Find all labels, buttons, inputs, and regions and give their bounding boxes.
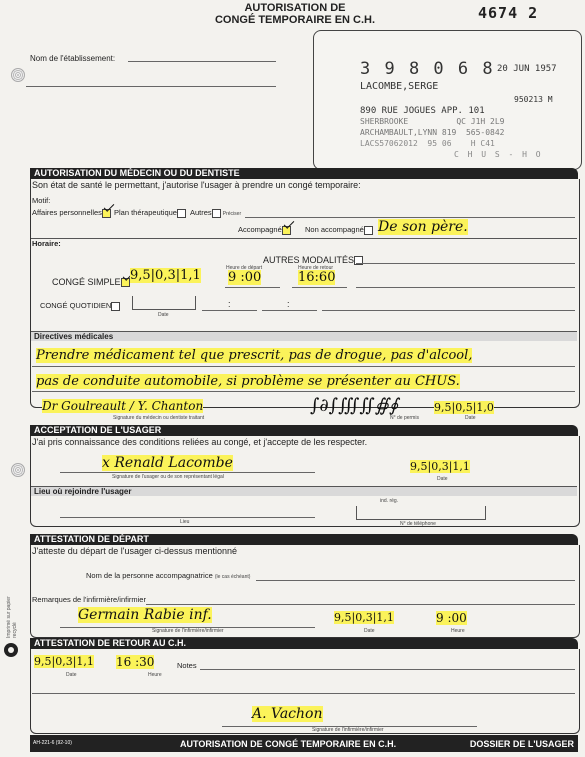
acceptance-date-label: Date — [437, 476, 448, 482]
option-personal-affairs[interactable]: Affaires personnelles — [32, 208, 111, 218]
recycle-icon — [4, 643, 18, 657]
daily-leave-option[interactable]: CONGÉ QUOTIDIEN — [40, 301, 120, 311]
option-label: AUTRES MODALITÉS — [263, 255, 354, 265]
address-line-2: SHERBROOKE QC J1H 2L9 — [360, 117, 505, 126]
patient-code: 950213 M — [514, 95, 553, 104]
option-label: CONGÉ QUOTIDIEN — [40, 301, 111, 310]
departure-time-label: Heure — [451, 628, 465, 634]
phone-field[interactable] — [356, 506, 486, 520]
preciser-label: Préciser — [223, 211, 241, 217]
lieu-label: Lieu — [180, 519, 189, 525]
phone-label: N° de téléphone — [400, 521, 436, 527]
physician-section-heading: AUTORISATION DU MÉDECIN OU DU DENTISTE — [30, 168, 578, 179]
companion-field[interactable] — [256, 580, 575, 581]
nurse-return-signature[interactable]: A. Vachon — [252, 706, 323, 722]
recycled-note: Imprimé sur papier recyclé — [6, 590, 16, 638]
acceptance-statement: J'ai pris connaissance des conditions re… — [32, 437, 367, 447]
departure-section — [30, 545, 580, 638]
departure-time[interactable]: 9 :00 — [436, 611, 467, 625]
companion-label-text: Nom de la personne accompagnatrice — [86, 571, 213, 580]
punch-hole-icon — [11, 463, 25, 477]
daily-leave-date[interactable] — [132, 296, 196, 310]
notes-field[interactable] — [200, 669, 575, 670]
checkbox-daily-leave[interactable] — [111, 302, 120, 311]
option-label: CONGÉ SIMPLE — [52, 277, 121, 287]
physician-name[interactable]: Dr Goulreault / Y. Chanton — [42, 399, 203, 413]
daily-date-label: Date — [158, 312, 169, 318]
return-time[interactable]: 16 :30 — [116, 655, 154, 669]
directives-line-2[interactable]: pas de conduite automobile, si problème … — [36, 374, 460, 389]
title-line-2: CONGÉ TEMPORAIRE EN C.H. — [150, 14, 440, 26]
checkbox-simple-leave[interactable] — [121, 278, 130, 287]
directives-label: Directives médicales — [31, 331, 577, 341]
simple-leave-return[interactable]: 16:60 — [298, 270, 335, 285]
time-separator: : — [287, 299, 290, 309]
checkbox-accompanied[interactable] — [282, 226, 291, 235]
checkbox-not-accompanied[interactable] — [364, 226, 373, 235]
physician-date-label: Date — [465, 415, 476, 421]
checkbox-therapeutic-plan[interactable] — [177, 209, 186, 218]
document-number: 4674 2 — [478, 4, 538, 22]
option-therapeutic-plan[interactable]: Plan thérapeutique — [114, 208, 186, 218]
daily-leave-depart[interactable] — [202, 310, 257, 311]
checkbox-other[interactable] — [212, 209, 221, 218]
option-other[interactable]: Autres Préciser — [190, 208, 241, 218]
notes-label: Notes — [177, 661, 197, 670]
option-label: Non accompagné — [305, 225, 364, 234]
daily-leave-return[interactable] — [262, 310, 317, 311]
acceptance-section — [30, 436, 580, 527]
notes-field-line2[interactable] — [32, 693, 575, 694]
patient-name: LACOMBE,SERGE — [360, 81, 438, 92]
permit-label: N° de permis — [390, 415, 419, 421]
remarks-label: Remarques de l'infirmière/infirmier — [32, 595, 146, 604]
time-separator: : — [228, 299, 231, 309]
simple-leave-option[interactable]: CONGÉ SIMPLE — [52, 277, 130, 287]
return-date[interactable]: 9,5|0,3|1,1 — [34, 655, 94, 668]
daily-leave-notes[interactable] — [322, 310, 575, 311]
insurance-line: LACS57062012 95 06 H C41 — [360, 139, 495, 148]
form-title: AUTORISATION DE CONGÉ TEMPORAIRE EN C.H. — [150, 2, 440, 26]
simple-leave-date[interactable]: 9,5|0,3|1,1 — [130, 268, 201, 283]
departure-section-heading: ATTESTATION DE DÉPART — [30, 534, 578, 545]
option-other-modalities[interactable]: AUTRES MODALITÉS — [263, 255, 363, 265]
simple-leave-notes[interactable] — [356, 287, 575, 288]
hospital-line: C H U S - H O — [454, 150, 543, 159]
option-accompanied[interactable]: Accompagné — [238, 225, 291, 235]
departure-statement: J'atteste du départ de l'usager ci-dessu… — [32, 546, 237, 556]
footer-copy-label: DOSSIER DE L'USAGER — [470, 739, 574, 749]
patient-sig-label: Signature de l'usager ou de son représen… — [112, 474, 224, 480]
birth-date: 20 JUN 1957 — [497, 64, 557, 74]
physician-signature: ∫∂∫∭∬∯∮ — [310, 395, 398, 416]
preciser-field[interactable] — [245, 217, 575, 218]
acceptance-date[interactable]: 9,5|0,3|1,1 — [410, 460, 470, 473]
checkbox-personal-affairs[interactable] — [102, 209, 111, 218]
footer-band: AH-221-6 (92-10) AUTORISATION DE CONGÉ T… — [30, 735, 578, 752]
option-label: Accompagné — [238, 225, 282, 234]
ind-reg-label: ind. rég. — [380, 498, 398, 504]
establishment-field[interactable] — [128, 61, 276, 62]
companion-hint: (le cas échéant) — [215, 574, 251, 580]
simple-leave-depart[interactable]: 9 :00 — [228, 270, 261, 285]
remarks-field[interactable] — [146, 604, 575, 605]
motif-label: Motif: — [32, 196, 50, 205]
departure-date-label: Date — [364, 628, 375, 634]
patient-id-card: 3 9 8 0 6 8 20 JUN 1957 LACOMBE,SERGE 95… — [313, 30, 582, 170]
physician-date[interactable]: 9,5|0,5|1,0 — [434, 401, 494, 414]
directives-line-1[interactable]: Prendre médicament tel que prescrit, pas… — [36, 348, 472, 363]
option-label: Autres — [190, 208, 212, 217]
address-line-1: 890 RUE JOGUES APP. 101 — [360, 106, 485, 116]
footer-title: AUTORISATION DE CONGÉ TEMPORAIRE EN C.H. — [180, 739, 396, 749]
option-not-accompanied[interactable]: Non accompagné — [305, 225, 373, 235]
patient-signature[interactable]: x Renald Lacombe — [102, 455, 233, 471]
accompanied-note: De son père. — [378, 219, 468, 235]
departure-date[interactable]: 9,5|0,3|1,1 — [334, 611, 394, 624]
companion-label: Nom de la personne accompagnatrice (le c… — [86, 571, 250, 580]
acceptance-section-heading: ACCEPTATION DE L'USAGER — [30, 425, 578, 436]
return-date-label: Date — [66, 672, 77, 678]
title-line-1: AUTORISATION DE — [150, 2, 440, 14]
return-section-heading: ATTESTATION DE RETOUR AU C.H. — [30, 638, 578, 649]
other-modalities-field[interactable] — [356, 263, 575, 264]
contact-line: ARCHAMBAULT,LYNN 819 565-0842 — [360, 128, 505, 137]
location-label: Lieu où rejoindre l'usager — [31, 486, 577, 496]
return-time-label: Heure — [148, 672, 162, 678]
horaire-label: Horaire: — [32, 239, 61, 248]
establishment-field-line2[interactable] — [26, 86, 276, 87]
physician-statement: Son état de santé le permettant, j'autor… — [32, 180, 361, 190]
file-number: 3 9 8 0 6 8 — [360, 59, 495, 79]
nurse-return-sig-label: Signature de l'infirmière/infirmier — [312, 727, 384, 733]
establishment-label: Nom de l'établissement: — [30, 54, 115, 63]
nurse-departure-signature[interactable]: Germain Rabie inf. — [78, 607, 212, 623]
option-label: Affaires personnelles — [32, 208, 102, 217]
physician-sig-label: Signature du médecin ou dentiste traitan… — [113, 415, 204, 421]
form-code: AH-221-6 (92-10) — [33, 740, 72, 746]
punch-hole-icon — [11, 68, 25, 82]
option-label: Plan thérapeutique — [114, 208, 177, 217]
location-field[interactable] — [60, 517, 315, 518]
nurse-departure-sig-label: Signature de l'infirmière/infirmier — [152, 628, 224, 634]
